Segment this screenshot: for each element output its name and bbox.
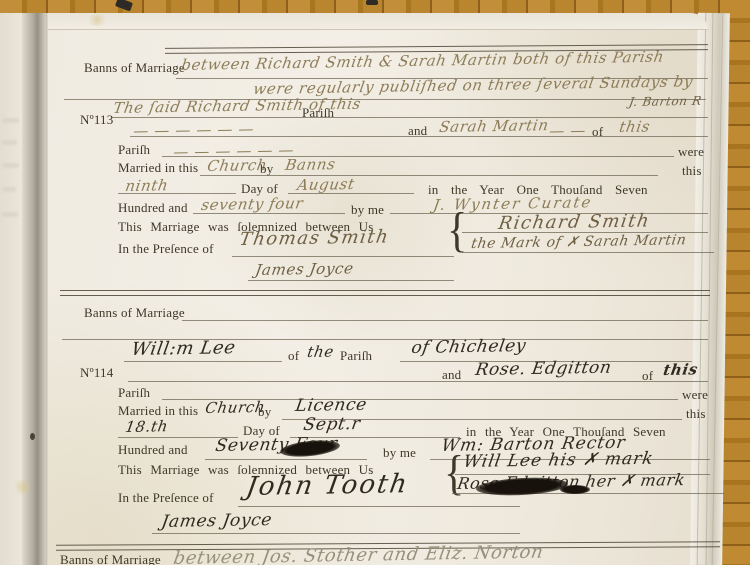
entry2-month-fill: Sept.r xyxy=(302,414,362,435)
hundred-and-label: Hundred and xyxy=(118,200,188,216)
entry2-day-fill: 18.th xyxy=(124,417,170,436)
entry1-bride-of-fill: this xyxy=(618,117,652,136)
ruled-line xyxy=(152,533,520,534)
banns-of-marriage-label: Banns of Marriage xyxy=(60,552,161,565)
entry2-groom-signature: Will Lee his ✗ mark xyxy=(462,449,655,472)
register-page-photo: Banns of Marriage between Richard Smith … xyxy=(0,0,750,565)
banns-of-marriage-label: Banns of Marriage xyxy=(84,305,185,321)
this-label: this xyxy=(686,406,706,422)
entry2-witness2: James Joyce xyxy=(160,510,274,532)
parish-label: Pariſh xyxy=(118,385,150,401)
hundred-and-label: Hundred and xyxy=(118,442,188,458)
ruled-line xyxy=(118,193,236,194)
ruled-line xyxy=(193,213,345,214)
speck xyxy=(30,433,35,440)
entry2-number: Nº114 xyxy=(80,365,113,381)
ruled-line xyxy=(462,252,714,253)
ruled-line xyxy=(238,506,520,507)
entry-divider xyxy=(60,290,710,296)
ruled-line xyxy=(288,193,414,194)
entry2-witness1: John Tooth xyxy=(244,469,411,502)
page-top-curl xyxy=(48,13,708,30)
ruled-line xyxy=(205,459,367,460)
showthrough-line xyxy=(2,187,16,192)
ruled-line xyxy=(248,280,454,281)
ruled-line xyxy=(232,256,454,257)
ruled-line xyxy=(438,381,708,382)
entry1-by-fill: Banns xyxy=(284,155,337,174)
by-me-label: by me xyxy=(351,202,384,218)
entry1-witness1: Thomas Smith xyxy=(238,226,391,250)
entry2-bride-name: Rose. Edgitton xyxy=(474,358,613,380)
showthrough-line xyxy=(2,140,17,145)
parish-label: Pariſh xyxy=(302,105,334,121)
banns-of-marriage-label: Banns of Marriage xyxy=(84,60,185,76)
entry2-bride-of-fill: this xyxy=(662,360,699,379)
entry1-number: Nº113 xyxy=(80,112,113,128)
ruled-line xyxy=(112,117,708,118)
hand-dashes: — — xyxy=(548,121,588,140)
stain xyxy=(14,478,32,496)
presence-label: In the Preſence of xyxy=(118,490,214,506)
ruled-line xyxy=(130,136,708,137)
brace-glyph: { xyxy=(447,203,467,258)
binding-clip xyxy=(366,0,378,5)
showthrough-line xyxy=(2,163,19,168)
ruled-line xyxy=(128,381,438,382)
gutter-crease xyxy=(46,13,47,565)
of-label: of xyxy=(592,124,603,140)
entry2-of-fill: the xyxy=(306,343,335,361)
ruled-line xyxy=(124,361,282,362)
married-in-this-label: Married in this xyxy=(118,160,198,176)
parish-label: Pariſh xyxy=(118,142,150,158)
showthrough-line xyxy=(2,212,18,217)
of-label: of xyxy=(288,348,299,364)
by-label: by xyxy=(258,404,271,420)
stain xyxy=(86,14,108,26)
parish-label: Pariſh xyxy=(340,348,372,364)
entry2-groom-parish: of Chicheley xyxy=(410,336,528,358)
presence-label: In the Preſence of xyxy=(118,241,214,257)
entry1-month-fill: August xyxy=(296,175,356,194)
entry2-groom-name: Will:m Lee xyxy=(130,337,237,360)
ruled-line xyxy=(182,320,708,321)
showthrough-line xyxy=(2,118,19,123)
this-label: this xyxy=(682,163,702,179)
ruled-line xyxy=(200,175,658,176)
entry1-year-fill: seventy four xyxy=(200,194,305,214)
ink-blot xyxy=(560,485,590,494)
entry1-groom-signature: Richard Smith xyxy=(497,210,652,234)
by-me-label: by me xyxy=(383,445,416,461)
entry1-officiant-signature: J. Barton R xyxy=(628,94,703,109)
entry1-bride-name: Sarah Martin xyxy=(438,116,550,136)
were-label: were xyxy=(682,387,708,403)
entry2-by-fill: Licence xyxy=(294,395,368,416)
were-label: were xyxy=(678,144,704,160)
entry1-witness2: James Joyce xyxy=(254,259,355,279)
